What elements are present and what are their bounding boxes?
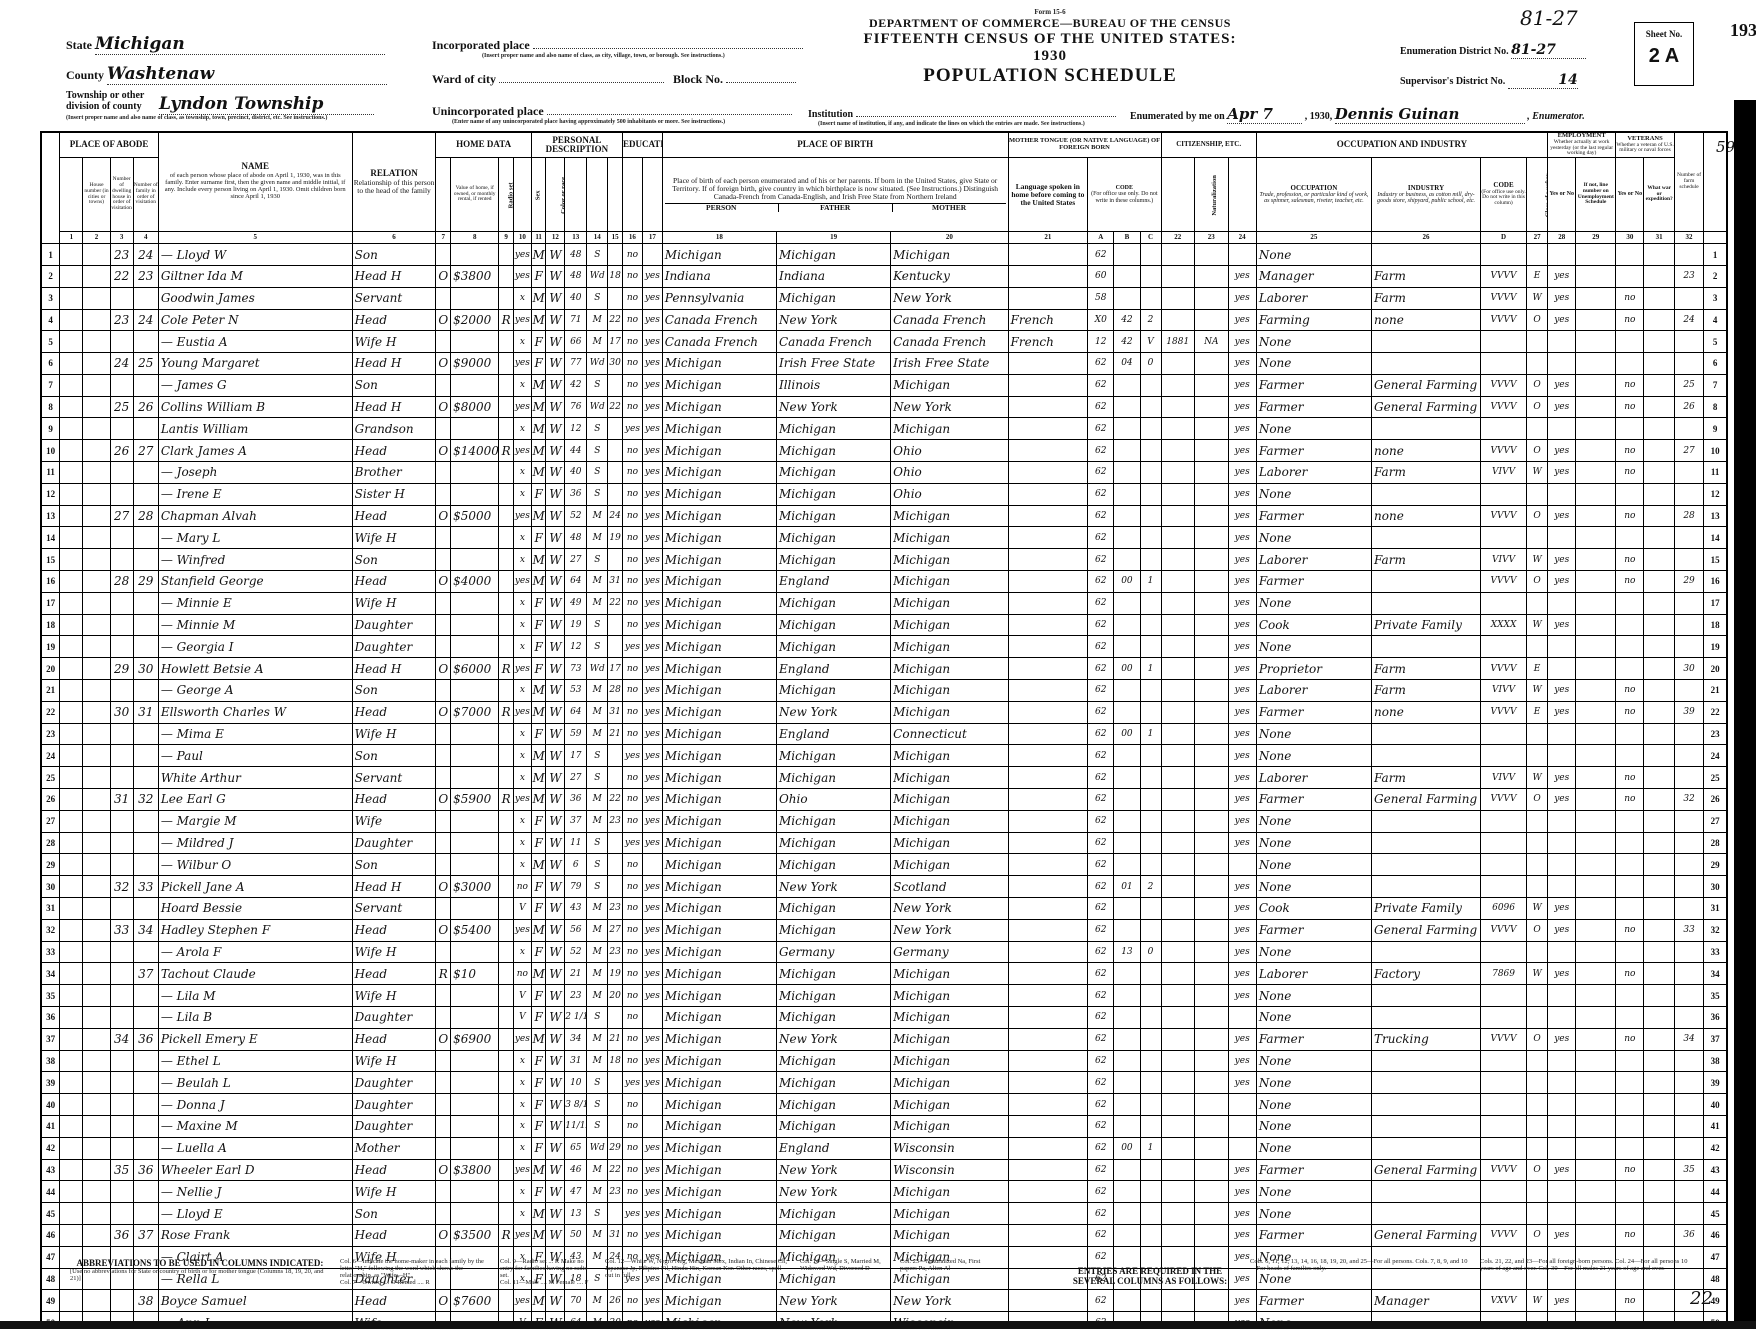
cell-nat bbox=[1195, 789, 1229, 811]
cell-line: 3 bbox=[1704, 287, 1727, 309]
cell-ind bbox=[1372, 331, 1481, 353]
naturalization-header: Naturalization bbox=[1195, 158, 1229, 232]
cell-lang bbox=[1008, 1028, 1088, 1050]
cell-codeB: 00 bbox=[1114, 658, 1140, 680]
cell-farm: x bbox=[513, 549, 531, 571]
cell-agem: 21 bbox=[608, 723, 623, 745]
cell-cls bbox=[1527, 331, 1548, 353]
cell-sex: M bbox=[531, 963, 546, 985]
cell-imm bbox=[1161, 941, 1195, 963]
cell-eng: yes bbox=[1228, 1224, 1256, 1246]
cell-rel: Daughter bbox=[352, 614, 436, 636]
cell-ind bbox=[1372, 985, 1481, 1007]
cell-imm bbox=[1161, 309, 1195, 331]
cell-own: O bbox=[436, 1159, 451, 1181]
cell-codeC bbox=[1140, 701, 1161, 723]
cell-empty bbox=[60, 723, 83, 745]
cell-cls: O bbox=[1527, 396, 1548, 418]
cell-empty bbox=[60, 985, 83, 1007]
cell-eng: yes bbox=[1228, 614, 1256, 636]
cell-nat bbox=[1195, 1203, 1229, 1225]
cell-line: 43 bbox=[41, 1159, 60, 1181]
cell-ind bbox=[1372, 1094, 1481, 1116]
cell-line: 2 bbox=[1704, 265, 1727, 287]
cell-rel: Daughter bbox=[352, 1072, 436, 1094]
cell-eng: yes bbox=[1228, 549, 1256, 571]
cell-line: 31 bbox=[1704, 898, 1727, 920]
cell-occ: None bbox=[1256, 1181, 1371, 1203]
block-value bbox=[726, 82, 796, 83]
cell-ocode bbox=[1481, 1115, 1527, 1137]
cell-farmno bbox=[1674, 244, 1703, 266]
cell-fam: 36 bbox=[133, 1028, 158, 1050]
cell-war bbox=[1644, 1028, 1674, 1050]
cell-codeC: 1 bbox=[1140, 658, 1161, 680]
name-header: NAMEof each person whose place of abode … bbox=[158, 132, 352, 232]
cell-read: yes bbox=[642, 789, 662, 811]
table-row: 9Lantis WilliamGrandsonxMW12SyesyesMichi… bbox=[41, 418, 1727, 440]
home-data-header: HOME DATA bbox=[436, 132, 531, 158]
cell-unemp bbox=[1576, 745, 1616, 767]
table-row: 132728Chapman AlvahHeadO$5000yesMW52M24n… bbox=[41, 505, 1727, 527]
cell-rel: Head H bbox=[352, 658, 436, 680]
cell-mar: M bbox=[587, 1050, 608, 1072]
cell-eng: yes bbox=[1228, 571, 1256, 593]
family-number-header: Number of family in order of visitation bbox=[133, 158, 158, 232]
cell-sch: no bbox=[622, 1181, 642, 1203]
table-row: 41— Maxine MDaughterxFW11/12SnoMichiganM… bbox=[41, 1115, 1727, 1137]
cell-agem bbox=[608, 418, 623, 440]
cell-sex: M bbox=[531, 549, 546, 571]
cell-cls: E bbox=[1527, 265, 1548, 287]
table-row: 29— Wilbur OSonxMW6SnoMichiganMichiganMi… bbox=[41, 854, 1727, 876]
cell-ind: Farm bbox=[1372, 767, 1481, 789]
cell-fam bbox=[133, 680, 158, 702]
cell-empty bbox=[83, 1137, 110, 1159]
cell-work bbox=[1548, 1050, 1576, 1072]
cell-line: 42 bbox=[41, 1137, 60, 1159]
cell-mar: S bbox=[587, 767, 608, 789]
cell-agem: 23 bbox=[608, 810, 623, 832]
cell-rel: Daughter bbox=[352, 1115, 436, 1137]
cell-agem: 30 bbox=[608, 353, 623, 375]
cell-sex: F bbox=[531, 353, 546, 375]
cell-ocode bbox=[1481, 1181, 1527, 1203]
cell-mar: M bbox=[587, 898, 608, 920]
cell-work bbox=[1548, 244, 1576, 266]
cell-agem: 23 bbox=[608, 898, 623, 920]
cell-vet: no bbox=[1616, 1224, 1644, 1246]
cell-codeB bbox=[1114, 505, 1140, 527]
table-row: 27— Margie MWifexFW37M23noyesMichiganMic… bbox=[41, 810, 1727, 832]
cell-farm: x bbox=[513, 592, 531, 614]
cell-farmno bbox=[1674, 1094, 1703, 1116]
cell-agem bbox=[608, 483, 623, 505]
cell-read: yes bbox=[642, 1224, 662, 1246]
cell-sch: no bbox=[622, 505, 642, 527]
cell-agem bbox=[608, 767, 623, 789]
cell-fpob: Michigan bbox=[776, 592, 890, 614]
cell-vet bbox=[1616, 1072, 1644, 1094]
cell-radio bbox=[499, 832, 514, 854]
cell-val bbox=[451, 1072, 499, 1094]
cell-nat bbox=[1195, 810, 1229, 832]
cell-race: W bbox=[546, 636, 565, 658]
cell-radio bbox=[499, 244, 514, 266]
cell-vet bbox=[1616, 1203, 1644, 1225]
cell-work bbox=[1548, 1137, 1576, 1159]
cell-radio bbox=[499, 1203, 514, 1225]
cell-lang bbox=[1008, 898, 1088, 920]
cell-codeB: 13 bbox=[1114, 941, 1140, 963]
cell-war bbox=[1644, 527, 1674, 549]
ed-value: 81-27 bbox=[1511, 42, 1586, 59]
cell-empty bbox=[83, 1072, 110, 1094]
table-row: 323334Hadley Stephen FHeadO$5400yesMW56M… bbox=[41, 919, 1727, 941]
cell-empty bbox=[60, 483, 83, 505]
cell-name: Lantis William bbox=[158, 418, 352, 440]
place-of-birth-header: PLACE OF BIRTH bbox=[662, 132, 1008, 158]
cell-own: O bbox=[436, 571, 451, 593]
cell-codeB bbox=[1114, 244, 1140, 266]
incorporated-label: Incorporated place bbox=[432, 38, 530, 52]
cell-war bbox=[1644, 374, 1674, 396]
cell-ind: none bbox=[1372, 701, 1481, 723]
cell-imm bbox=[1161, 1094, 1195, 1116]
cell-fam: 28 bbox=[133, 505, 158, 527]
cell-farm: yes bbox=[513, 396, 531, 418]
cell-val bbox=[451, 1007, 499, 1029]
cell-sex: M bbox=[531, 701, 546, 723]
cell-lang bbox=[1008, 462, 1088, 484]
cell-mar: M bbox=[587, 985, 608, 1007]
cell-fpob: Canada French bbox=[776, 331, 890, 353]
cell-codeA: 62 bbox=[1088, 810, 1114, 832]
cell-sex: F bbox=[531, 1094, 546, 1116]
cell-codeB bbox=[1114, 854, 1140, 876]
cell-occ: Farmer bbox=[1256, 571, 1371, 593]
cell-mar: S bbox=[587, 1094, 608, 1116]
cell-mpob: Michigan bbox=[891, 1203, 1008, 1225]
cell-pob: Michigan bbox=[662, 374, 776, 396]
cell-nat bbox=[1195, 396, 1229, 418]
cell-unemp bbox=[1576, 963, 1616, 985]
cell-eng: yes bbox=[1228, 745, 1256, 767]
cell-empty bbox=[60, 353, 83, 375]
cell-fpob: New York bbox=[776, 701, 890, 723]
cell-nat bbox=[1195, 505, 1229, 527]
cell-ind: Trucking bbox=[1372, 1028, 1481, 1050]
age-first-marriage-header: Age at first marriage bbox=[608, 158, 623, 232]
cell-pob: Michigan bbox=[662, 876, 776, 898]
cell-line: 21 bbox=[1704, 680, 1727, 702]
cell-read bbox=[642, 1094, 662, 1116]
cell-val bbox=[451, 745, 499, 767]
cell-codeC: 2 bbox=[1140, 876, 1161, 898]
cell-dw: 23 bbox=[110, 309, 133, 331]
cell-ind: Private Family bbox=[1372, 614, 1481, 636]
cell-imm bbox=[1161, 614, 1195, 636]
cell-unemp bbox=[1576, 614, 1616, 636]
cell-vet bbox=[1616, 1115, 1644, 1137]
cell-empty bbox=[83, 1159, 110, 1181]
cell-ind: General Farming bbox=[1372, 919, 1481, 941]
cell-war bbox=[1644, 658, 1674, 680]
cell-farmno bbox=[1674, 963, 1703, 985]
cell-val bbox=[451, 1137, 499, 1159]
cell-occ: Laborer bbox=[1256, 287, 1371, 309]
cell-ocode bbox=[1481, 636, 1527, 658]
cell-occ: Farmer bbox=[1256, 1224, 1371, 1246]
cell-eng: yes bbox=[1228, 963, 1256, 985]
cell-empty bbox=[83, 1115, 110, 1137]
cell-sch: no bbox=[622, 854, 642, 876]
cell-line: 5 bbox=[1704, 331, 1727, 353]
cell-unemp bbox=[1576, 309, 1616, 331]
cell-vet: no bbox=[1616, 571, 1644, 593]
cell-nat bbox=[1195, 287, 1229, 309]
cell-pob: Michigan bbox=[662, 898, 776, 920]
cell-farm: yes bbox=[513, 440, 531, 462]
table-row: 463637Rose FrankHeadO$3500RyesMW50M31noy… bbox=[41, 1224, 1727, 1246]
cell-radio bbox=[499, 1159, 514, 1181]
cell-val bbox=[451, 810, 499, 832]
cell-fpob: Michigan bbox=[776, 898, 890, 920]
cell-ocode: 6096 bbox=[1481, 898, 1527, 920]
cell-codeC bbox=[1140, 1115, 1161, 1137]
cell-dw: 28 bbox=[110, 571, 133, 593]
cell-val bbox=[451, 1203, 499, 1225]
cell-mar: S bbox=[587, 854, 608, 876]
cell-codeC bbox=[1140, 854, 1161, 876]
citizenship-header: CITIZENSHIP, ETC. bbox=[1161, 132, 1256, 158]
cell-dw bbox=[110, 832, 133, 854]
cell-imm bbox=[1161, 1137, 1195, 1159]
cell-codeA: 60 bbox=[1088, 265, 1114, 287]
cell-mpob: Michigan bbox=[891, 614, 1008, 636]
cell-read: yes bbox=[642, 571, 662, 593]
cell-lang bbox=[1008, 1159, 1088, 1181]
cell-codeB bbox=[1114, 832, 1140, 854]
cell-age: 71 bbox=[565, 309, 587, 331]
cell-fpob: New York bbox=[776, 1181, 890, 1203]
cell-agem: 31 bbox=[608, 1224, 623, 1246]
cell-own bbox=[436, 1137, 451, 1159]
cell-war bbox=[1644, 418, 1674, 440]
cell-line: 11 bbox=[1704, 462, 1727, 484]
cell-nat bbox=[1195, 701, 1229, 723]
cell-val: $2000 bbox=[451, 309, 499, 331]
cell-codeC: 0 bbox=[1140, 353, 1161, 375]
cell-sex: F bbox=[531, 636, 546, 658]
cell-farmno bbox=[1674, 636, 1703, 658]
cell-own bbox=[436, 1007, 451, 1029]
cell-val: $5000 bbox=[451, 505, 499, 527]
cell-val: $9000 bbox=[451, 353, 499, 375]
cell-name: Tachout Claude bbox=[158, 963, 352, 985]
cell-rel: Servant bbox=[352, 898, 436, 920]
cell-dw bbox=[110, 1181, 133, 1203]
col9-note: Col. 9—Radio set ... R Make no entry for… bbox=[500, 1258, 595, 1286]
cell-war bbox=[1644, 1137, 1674, 1159]
cell-name: — Joseph bbox=[158, 462, 352, 484]
cell-pob: Michigan bbox=[662, 1007, 776, 1029]
cell-agem bbox=[608, 876, 623, 898]
cell-fpob: Michigan bbox=[776, 854, 890, 876]
cell-farm: x bbox=[513, 810, 531, 832]
cell-war bbox=[1644, 592, 1674, 614]
cell-farm: yes bbox=[513, 789, 531, 811]
cell-rel: Head bbox=[352, 919, 436, 941]
col14-note: Col. 14—Single S, Married M, Widowed Wd,… bbox=[800, 1258, 890, 1272]
cell-work: yes bbox=[1548, 374, 1576, 396]
cell-unemp bbox=[1576, 331, 1616, 353]
cell-imm bbox=[1161, 527, 1195, 549]
cell-codeC bbox=[1140, 636, 1161, 658]
cell-pob: Indiana bbox=[662, 265, 776, 287]
cell-sch: no bbox=[622, 440, 642, 462]
cell-lang bbox=[1008, 418, 1088, 440]
cell-age: 53 bbox=[565, 680, 587, 702]
cell-war bbox=[1644, 549, 1674, 571]
cell-codeA: 62 bbox=[1088, 418, 1114, 440]
cell-name: — Minnie M bbox=[158, 614, 352, 636]
table-row: 102627Clark James AHeadO$14000RyesMW44Sn… bbox=[41, 440, 1727, 462]
cell-empty bbox=[60, 1115, 83, 1137]
cell-sex: M bbox=[531, 287, 546, 309]
cell-imm bbox=[1161, 680, 1195, 702]
cell-mar: Wd bbox=[587, 265, 608, 287]
cell-codeC bbox=[1140, 505, 1161, 527]
cell-ocode: VVVV bbox=[1481, 919, 1527, 941]
cell-war bbox=[1644, 1094, 1674, 1116]
cell-radio bbox=[499, 1137, 514, 1159]
cell-codeC bbox=[1140, 963, 1161, 985]
cell-sex: F bbox=[531, 527, 546, 549]
cell-codeC bbox=[1140, 549, 1161, 571]
cell-empty bbox=[60, 854, 83, 876]
cell-sch: no bbox=[622, 1094, 642, 1116]
cell-farm: yes bbox=[513, 1159, 531, 1181]
cell-mpob: Canada French bbox=[891, 331, 1008, 353]
cell-mar: M bbox=[587, 810, 608, 832]
county-label: County bbox=[66, 68, 104, 82]
cell-rel: Servant bbox=[352, 767, 436, 789]
cell-sch: no bbox=[622, 1137, 642, 1159]
cell-name: — Mildred J bbox=[158, 832, 352, 854]
cell-empty bbox=[83, 331, 110, 353]
cell-occ: Farmer bbox=[1256, 1028, 1371, 1050]
cell-codeC bbox=[1140, 1028, 1161, 1050]
cell-line: 4 bbox=[1704, 309, 1727, 331]
cell-nat bbox=[1195, 571, 1229, 593]
cell-own bbox=[436, 331, 451, 353]
cell-eng: yes bbox=[1228, 592, 1256, 614]
cell-cls: O bbox=[1527, 1028, 1548, 1050]
cell-radio bbox=[499, 396, 514, 418]
cell-codeA: 62 bbox=[1088, 549, 1114, 571]
cell-eng bbox=[1228, 854, 1256, 876]
cell-eng: yes bbox=[1228, 789, 1256, 811]
cell-farmno bbox=[1674, 767, 1703, 789]
cell-age: 50 bbox=[565, 1224, 587, 1246]
cell-vet bbox=[1616, 636, 1644, 658]
cell-cls: W bbox=[1527, 680, 1548, 702]
cell-farmno bbox=[1674, 614, 1703, 636]
cell-sch: no bbox=[622, 1028, 642, 1050]
cell-mpob: Michigan bbox=[891, 680, 1008, 702]
cell-nat bbox=[1195, 549, 1229, 571]
cell-nat bbox=[1195, 1159, 1229, 1181]
place-of-birth-note: Place of birth of each person enumerated… bbox=[662, 158, 1008, 232]
cell-empty bbox=[60, 1050, 83, 1072]
cell-pob: Michigan bbox=[662, 1224, 776, 1246]
cell-radio bbox=[499, 876, 514, 898]
cell-mar: S bbox=[587, 636, 608, 658]
cell-fam: 27 bbox=[133, 440, 158, 462]
table-row: 263132Lee Earl GHeadO$5900RyesMW36M22noy… bbox=[41, 789, 1727, 811]
cell-cls bbox=[1527, 244, 1548, 266]
cell-farmno bbox=[1674, 876, 1703, 898]
cell-sex: M bbox=[531, 440, 546, 462]
mother-subheader: MOTHER bbox=[892, 204, 1006, 212]
cell-read: yes bbox=[642, 309, 662, 331]
cell-race: W bbox=[546, 767, 565, 789]
cell-empty bbox=[60, 1159, 83, 1181]
cell-mar: M bbox=[587, 592, 608, 614]
cell-own bbox=[436, 1072, 451, 1094]
county-field: County Washtenaw bbox=[66, 64, 387, 85]
cell-work: yes bbox=[1548, 701, 1576, 723]
cell-line: 7 bbox=[1704, 374, 1727, 396]
cell-lang bbox=[1008, 374, 1088, 396]
cell-empty bbox=[83, 1007, 110, 1029]
cell-farmno bbox=[1674, 1203, 1703, 1225]
cell-line: 35 bbox=[1704, 985, 1727, 1007]
cell-val: $3800 bbox=[451, 265, 499, 287]
cell-occ: Farmer bbox=[1256, 789, 1371, 811]
cell-line: 42 bbox=[1704, 1137, 1727, 1159]
cell-line: 41 bbox=[1704, 1115, 1727, 1137]
cell-vet: no bbox=[1616, 549, 1644, 571]
cell-radio bbox=[499, 767, 514, 789]
cell-eng: yes bbox=[1228, 919, 1256, 941]
cell-pob: Michigan bbox=[662, 832, 776, 854]
cell-agem: 22 bbox=[608, 1159, 623, 1181]
cell-mar: S bbox=[587, 418, 608, 440]
cell-empty bbox=[83, 265, 110, 287]
cell-mpob: Michigan bbox=[891, 1028, 1008, 1050]
cell-codeA: 62 bbox=[1088, 636, 1114, 658]
cell-line: 20 bbox=[1704, 658, 1727, 680]
cell-work bbox=[1548, 331, 1576, 353]
cell-line: 13 bbox=[41, 505, 60, 527]
census-rows: 12324— Lloyd WSonyesMW48SnoMichiganMichi… bbox=[41, 244, 1727, 1329]
cell-war bbox=[1644, 483, 1674, 505]
sd-field: Supervisor's District No. 14 bbox=[1400, 72, 1578, 89]
cell-lang bbox=[1008, 353, 1088, 375]
cell-empty bbox=[60, 636, 83, 658]
cell-name: — Wilbur O bbox=[158, 854, 352, 876]
cell-sex: M bbox=[531, 789, 546, 811]
cell-unemp bbox=[1576, 1181, 1616, 1203]
cell-radio bbox=[499, 1094, 514, 1116]
cell-cls: O bbox=[1527, 789, 1548, 811]
cell-own bbox=[436, 723, 451, 745]
cell-mar: M bbox=[587, 331, 608, 353]
cell-dw bbox=[110, 854, 133, 876]
cell-ocode bbox=[1481, 418, 1527, 440]
